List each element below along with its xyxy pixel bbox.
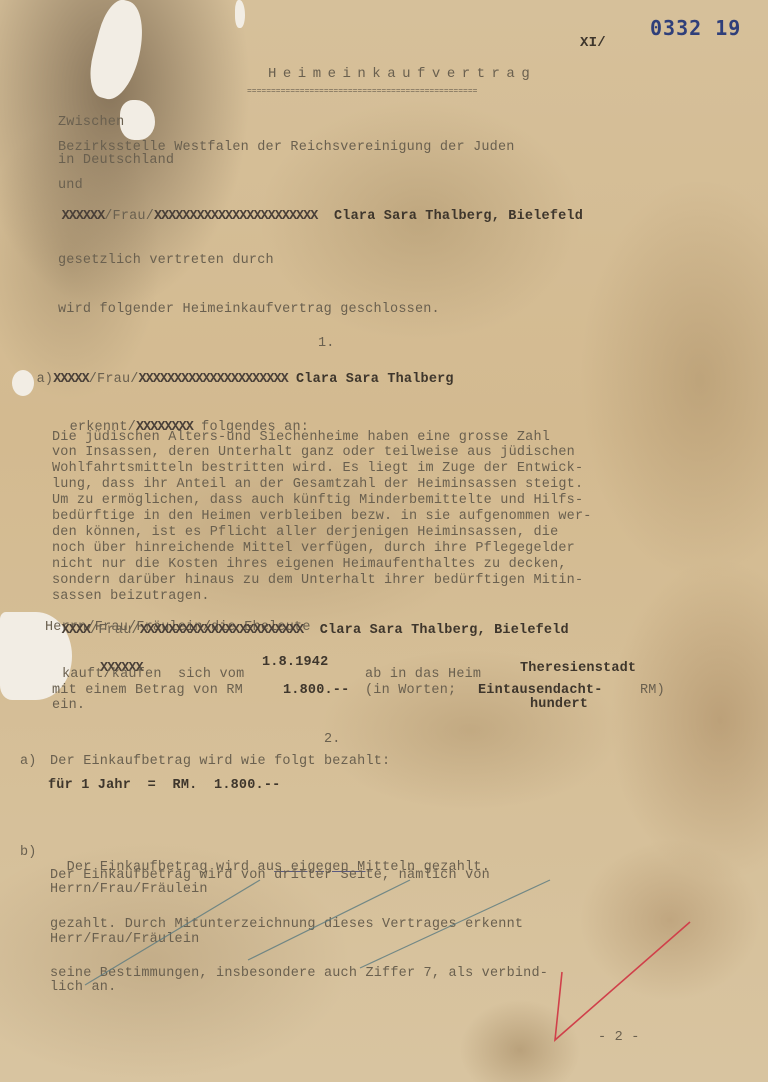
red-check-mark-icon	[555, 922, 690, 1040]
pencil-strike-2	[248, 880, 410, 960]
pencil-strike-3	[360, 880, 550, 968]
pencil-strike-1	[85, 880, 260, 985]
annotation-marks	[0, 0, 768, 1082]
